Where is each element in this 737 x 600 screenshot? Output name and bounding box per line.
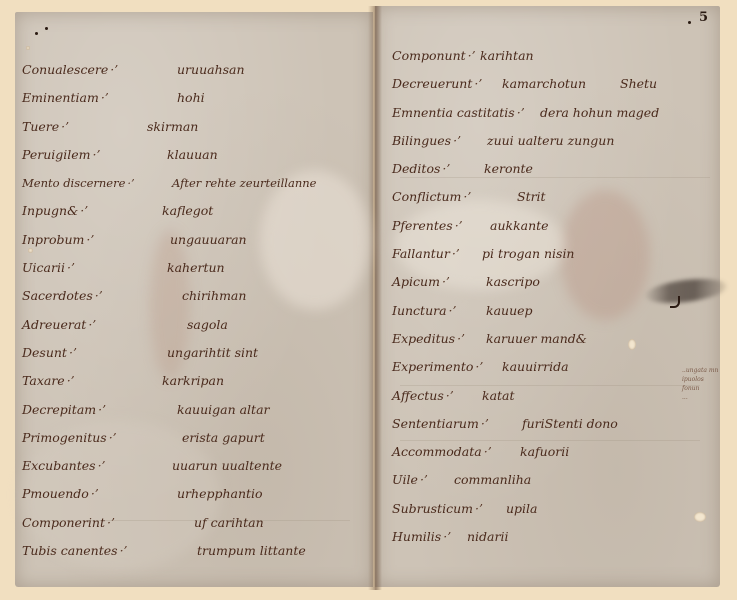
ohg-gloss: kahertun	[167, 254, 225, 282]
ohg-gloss: kauuep	[486, 297, 533, 325]
latin-lemma: Humilis	[392, 523, 451, 551]
gloss-line: Bilingueszuui ualteru zungun	[392, 127, 712, 155]
latin-lemma: Sententiarum	[392, 410, 489, 438]
gloss-line: Sacerdoteschirihman	[22, 282, 367, 310]
latin-lemma: Tubis canentes	[22, 537, 128, 565]
gloss-line: Excubantesuuarun uualtente	[22, 452, 367, 480]
latin-lemma: Affectus	[392, 382, 454, 410]
ohg-gloss: kaflegot	[162, 197, 213, 225]
gloss-line: Componuntkarihtan	[392, 42, 712, 70]
latin-lemma: Decrepitam	[22, 396, 106, 424]
gloss-line: Expedituskaruuer mand&	[392, 325, 712, 353]
ohg-gloss: pi trogan nisin	[482, 240, 575, 268]
latin-lemma: Inpugn&	[22, 197, 88, 225]
gloss-line: Fallanturpi trogan nisin	[392, 240, 712, 268]
ohg-gloss: aukkante	[490, 212, 549, 240]
latin-lemma: Bilingues	[392, 127, 461, 155]
ohg-gloss: upila	[506, 495, 538, 523]
ohg-gloss-extra: Shetu	[620, 70, 657, 98]
ohg-gloss: chirihman	[182, 282, 246, 310]
gloss-line: Inprobumungauuaran	[22, 226, 367, 254]
ohg-gloss: skirman	[147, 113, 198, 141]
ohg-gloss: karkripan	[162, 367, 224, 395]
marginal-note: ..ungata mn ipuolos fonun ...	[682, 366, 726, 402]
latin-lemma: Adreuerat	[22, 311, 96, 339]
gloss-line: Affectuskatat	[392, 382, 712, 410]
gloss-line: Subrusticumupila	[392, 495, 712, 523]
gloss-line: ConflictumStrit	[392, 183, 712, 211]
ohg-gloss: hohi	[177, 84, 205, 112]
gloss-line: Mento discernereAfter rehte zeurteillann…	[22, 169, 367, 197]
gloss-line: Pmouendourhepphantio	[22, 480, 367, 508]
latin-lemma: Iunctura	[392, 297, 457, 325]
ohg-gloss: uuarun uualtente	[172, 452, 282, 480]
latin-lemma: Deditos	[392, 155, 450, 183]
latin-lemma: Eminentiam	[22, 84, 109, 112]
binding-gutter	[368, 6, 382, 590]
latin-lemma: Inprobum	[22, 226, 94, 254]
ohg-gloss: kafuorii	[520, 438, 569, 466]
latin-lemma: Excubantes	[22, 452, 106, 480]
latin-lemma: Decreuerunt	[392, 70, 482, 98]
gloss-line: Eminentiamhohi	[22, 84, 367, 112]
ohg-gloss: ungauuaran	[170, 226, 247, 254]
ohg-gloss: dera hohun maged	[540, 99, 659, 127]
ohg-gloss: uf carihtan	[194, 509, 264, 537]
latin-lemma: Taxare	[22, 367, 75, 395]
manuscript-spread: Conualescereuruuahsan Eminentiamhohi Tue…	[0, 0, 737, 600]
gloss-line: Peruigilemklauuan	[22, 141, 367, 169]
ohg-gloss: ungarihtit sint	[167, 339, 258, 367]
latin-lemma: Experimento	[392, 353, 483, 381]
latin-lemma: Conualescere	[22, 56, 118, 84]
gloss-line: Tubis canentestrumpum littante	[22, 537, 367, 565]
ohg-gloss: karihtan	[480, 42, 534, 70]
prick-mark	[45, 27, 48, 30]
latin-lemma: Uile	[392, 466, 428, 494]
latin-lemma: Fallantur	[392, 240, 460, 268]
gloss-line: Taxarekarkripan	[22, 367, 367, 395]
gloss-line: Accommodatakafuorii	[392, 438, 712, 466]
gloss-line: Uicariikahertun	[22, 254, 367, 282]
parchment-hole	[26, 46, 30, 50]
latin-lemma: Mento discernere	[22, 169, 135, 197]
ohg-gloss: kascripo	[486, 268, 540, 296]
ohg-gloss: katat	[482, 382, 515, 410]
ohg-gloss: erista gapurt	[182, 424, 265, 452]
gloss-line: DecreueruntkamarchotunShetu	[392, 70, 712, 98]
latin-lemma: Conflictum	[392, 183, 471, 211]
ohg-gloss: keronte	[484, 155, 533, 183]
latin-lemma: Pferentes	[392, 212, 463, 240]
latin-lemma: Tuere	[22, 113, 69, 141]
gloss-line: SententiarumfuriStenti dono	[392, 410, 712, 438]
gloss-line: Adreueratsagola	[22, 311, 367, 339]
marginal-note-line: ...	[682, 393, 726, 402]
marginal-note-line: ..ungata mn	[682, 366, 726, 375]
latin-lemma: Apicum	[392, 268, 450, 296]
latin-lemma: Peruigilem	[22, 141, 100, 169]
gloss-line: Componerintuf carihtan	[22, 509, 367, 537]
latin-lemma: Componerint	[22, 509, 115, 537]
ohg-gloss: urhepphantio	[177, 480, 263, 508]
gloss-line: Emnentia castitatisdera hohun maged	[392, 99, 712, 127]
gloss-line: Humilisnidarii	[392, 523, 712, 551]
ohg-gloss: sagola	[187, 311, 228, 339]
ohg-gloss: klauuan	[167, 141, 218, 169]
latin-lemma: Expeditus	[392, 325, 465, 353]
ohg-gloss: uruuahsan	[177, 56, 245, 84]
latin-lemma: Sacerdotes	[22, 282, 103, 310]
latin-lemma: Emnentia castitatis	[392, 99, 525, 127]
gloss-line: Decrepitamkauuigan altar	[22, 396, 367, 424]
gloss-line: Inpugn&kaflegot	[22, 197, 367, 225]
latin-lemma: Subrusticum	[392, 495, 483, 523]
ohg-gloss: kauuigan altar	[177, 396, 270, 424]
folio-number: 5	[699, 10, 708, 25]
gloss-line: Tuereskirman	[22, 113, 367, 141]
gloss-line: Pferentesaukkante	[392, 212, 712, 240]
ohg-gloss: commanliha	[454, 466, 531, 494]
latin-lemma: Componunt	[392, 42, 476, 70]
ohg-gloss: nidarii	[467, 523, 508, 551]
gloss-line: Desuntungarihtit sint	[22, 339, 367, 367]
prick-mark	[35, 32, 38, 35]
latin-lemma: Primogenitus	[22, 424, 117, 452]
ohg-gloss: furiStenti dono	[522, 410, 618, 438]
latin-lemma: Pmouendo	[22, 480, 99, 508]
ohg-gloss: Strit	[517, 183, 546, 211]
marginal-note-line: ipuolos	[682, 375, 726, 384]
ohg-gloss: karuuer mand&	[486, 325, 587, 353]
ohg-gloss: kamarchotun	[502, 70, 586, 98]
gloss-line: Deditoskeronte	[392, 155, 712, 183]
gloss-line: Uilecommanliha	[392, 466, 712, 494]
ohg-gloss: trumpum littante	[197, 537, 306, 565]
latin-lemma: Accommodata	[392, 438, 492, 466]
marginal-note-line: fonun	[682, 384, 726, 393]
latin-lemma: Desunt	[22, 339, 77, 367]
gloss-line: Experimentokauuirrida	[392, 353, 712, 381]
ohg-gloss: zuui ualteru zungun	[487, 127, 614, 155]
left-glossary: Conualescereuruuahsan Eminentiamhohi Tue…	[22, 56, 367, 565]
latin-lemma: Uicarii	[22, 254, 75, 282]
ohg-gloss: After rehte zeurteillanne	[172, 169, 316, 197]
gloss-line: Conualescereuruuahsan	[22, 56, 367, 84]
gloss-line: Primogenituserista gapurt	[22, 424, 367, 452]
ohg-gloss: kauuirrida	[502, 353, 569, 381]
prick-mark	[688, 21, 691, 24]
